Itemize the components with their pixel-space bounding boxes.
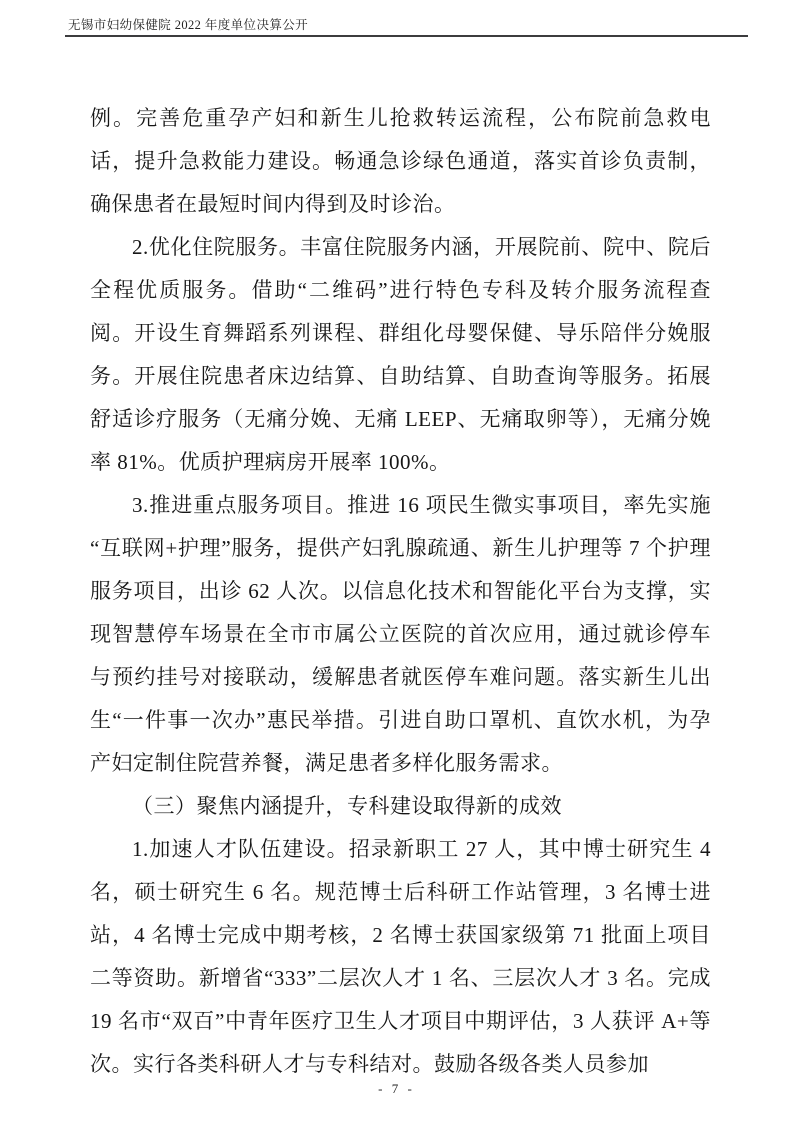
paragraph-continuation: 例。完善危重孕产妇和新生儿抢救转运流程，公布院前急救电话，提升急救能力建设。畅通… — [90, 97, 711, 226]
header-title: 无锡市妇幼保健院 2022 年度单位决算公开 — [68, 15, 308, 33]
section-heading-3: （三）聚焦内涵提升，专科建设取得新的成效 — [90, 785, 711, 828]
document-body: 例。完善危重孕产妇和新生儿抢救转运流程，公布院前急救电话，提升急救能力建设。畅通… — [90, 97, 711, 1086]
page-footer: - 7 - — [0, 1081, 793, 1097]
document-page: 无锡市妇幼保健院 2022 年度单位决算公开 例。完善危重孕产妇和新生儿抢救转运… — [0, 0, 793, 1122]
page-number: - 7 - — [378, 1081, 415, 1096]
paragraph-item-2: 2.优化住院服务。丰富住院服务内涵，开展院前、院中、院后全程优质服务。借助“二维… — [90, 226, 711, 484]
paragraph-item-3: 3.推进重点服务项目。推进 16 项民生微实事项目，率先实施“互联网+护理”服务… — [90, 484, 711, 785]
paragraph-item-1-talent: 1.加速人才队伍建设。招录新职工 27 人，其中博士研究生 4 名，硕士研究生 … — [90, 828, 711, 1086]
header-rule — [65, 35, 748, 37]
